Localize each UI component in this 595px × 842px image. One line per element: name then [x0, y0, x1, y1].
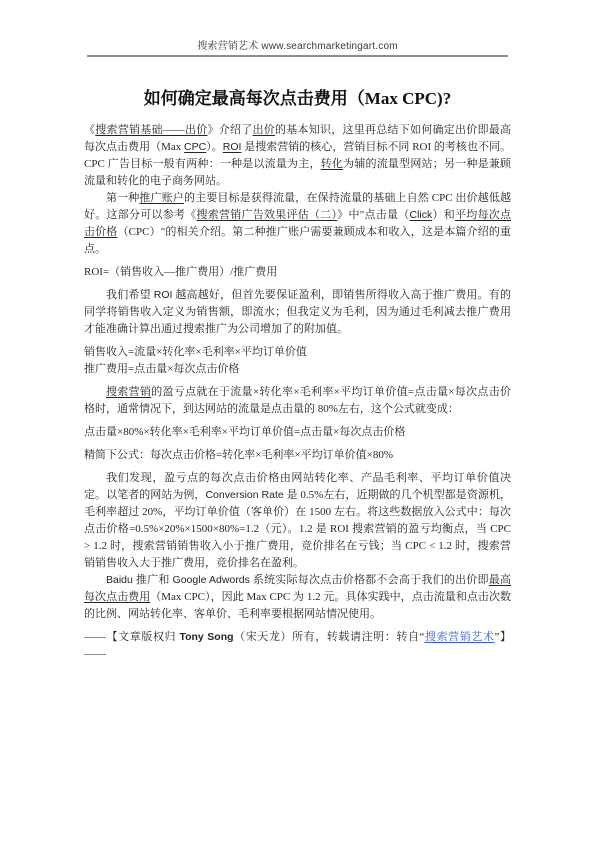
text-run: 转化 [321, 158, 343, 170]
copyright-line: ——【文章版权归 Tony Song（宋天龙）所有，转载请注明：转自“搜索营销艺… [84, 629, 511, 663]
roi-formula: ROI=（销售收入—推广费用）/推广费用 [84, 264, 511, 281]
text-run: ROI [223, 141, 242, 153]
text-run: 系统实际每次点击价格都不会高于我们的出价即 [250, 574, 489, 586]
text-run: 出价 [253, 124, 276, 136]
text-run: 搜索营销基础——出价 [95, 124, 207, 136]
text-run: 搜索营销 [106, 386, 151, 398]
cost-formula: 推广费用=点击量×每次点击价格 [84, 361, 511, 378]
inline-link[interactable]: 搜索营销艺术 [424, 631, 494, 643]
text-run: Baidu [106, 574, 133, 586]
breakeven-formula: 点击量×80%×转化率×毛利率×平均订单价值=点击量×每次点击价格 [84, 424, 511, 441]
text-run: （宋天龙）所有，转载请注明：转自“ [234, 631, 425, 643]
text-run: 销售收入=流量×转化率×毛利率×平均订单价值 [84, 346, 307, 358]
breakeven-paragraph: 搜索营销的盈亏点就在于流量×转化率×毛利率×平均订单价值=点击量×每次点击价格时… [84, 384, 511, 418]
document-page: 搜索营销艺术 www.searchmarketingart.com 如何确定最高… [0, 0, 595, 842]
text-run: 》中"点击量（ [337, 209, 409, 221]
header-rule [87, 55, 508, 57]
text-run: ROI=（销售收入—推广费用）/推广费用 [84, 266, 277, 278]
text-run: 推广账户 [139, 192, 184, 204]
text-run: Tony Song [179, 631, 233, 643]
document-body: 《搜索营销基础——出价》介绍了出价的基本知识，这里再总结下如何确定出价即最高每次… [84, 122, 511, 663]
text-run: 我们希望 [106, 289, 154, 301]
text-run: 》介绍了 [208, 124, 253, 136]
roi-explanation-paragraph: 我们希望 ROI 越高越好，但首先要保证盈利，即销售所得收入高于推广费用。有的同… [84, 287, 511, 338]
text-run: 推广和 [133, 574, 173, 586]
text-run: 第一种 [106, 192, 139, 204]
text-run: Google Adwords [173, 574, 250, 586]
text-run: Click [410, 209, 433, 221]
text-run: 精简下公式：每次点击价格=转化率×毛利率×平均订单价值×80% [84, 449, 393, 461]
text-run: CPC [184, 141, 206, 153]
text-run: 点击量×80%×转化率×毛利率×平均订单价值=点击量×每次点击价格 [84, 426, 405, 438]
revenue-formula: 销售收入=流量×转化率×毛利率×平均订单价值 [84, 344, 511, 361]
text-run: 搜索营销广告效果评估（二） [197, 209, 338, 221]
simplified-formula: 精简下公式：每次点击价格=转化率×毛利率×平均订单价值×80% [84, 447, 511, 464]
text-run: （CPC）"的相关介绍。第二种推广账户需要兼顾成本和收入，这是本篇介绍的重点。 [84, 226, 511, 255]
example-paragraph: 我们发现，盈亏点的每次点击价格由网站转化率、产品毛利率、平均订单价值决定。以笔者… [84, 470, 511, 572]
text-run: ROI [154, 289, 173, 301]
intro-paragraph: 《搜索营销基础——出价》介绍了出价的基本知识，这里再总结下如何确定出价即最高每次… [84, 122, 511, 190]
text-run: ）和 [432, 209, 455, 221]
text-run: 《 [84, 124, 95, 136]
text-run: ）。 [206, 141, 223, 153]
text-run: Conversion Rate [205, 489, 283, 501]
page-title: 如何确定最高每次点击费用（Max CPC)? [0, 84, 595, 109]
traffic-account-paragraph: 第一种推广账户的主要目标是获得流量，在保持流量的基础上自然 CPC 出价越低越好… [84, 190, 511, 258]
site-header: 搜索营销艺术 www.searchmarketingart.com [0, 0, 595, 52]
text-run: 是 0.5%左右，近期做的几个机型都是资源机，毛利率超过 20%，平均订单价值（… [84, 489, 511, 569]
text-run: ——【文章版权归 [84, 631, 179, 643]
text-run: 推广费用=点击量×每次点击价格 [84, 363, 239, 375]
maxcpc-paragraph: Baidu 推广和 Google Adwords 系统实际每次点击价格都不会高于… [84, 572, 511, 623]
